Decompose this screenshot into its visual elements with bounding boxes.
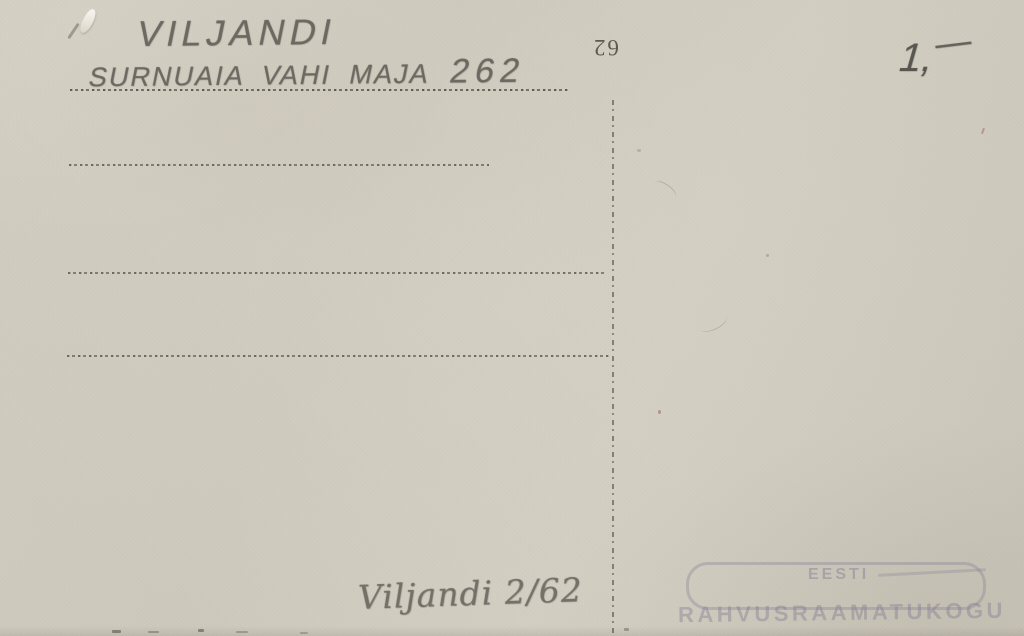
paper-speck xyxy=(637,149,641,152)
postcard-back: VILJANDI SURNUAIA VAHI MAJA262 62 1,— Vi… xyxy=(0,0,1024,636)
handwritten-address-text: SURNUAIA VAHI MAJA xyxy=(86,59,433,93)
paper-speck xyxy=(112,630,121,633)
paper-speck xyxy=(148,631,159,633)
paper-scratch-chip xyxy=(77,7,98,35)
stamp-text-eesti: EESTI xyxy=(808,566,869,584)
paper-fiber-2 xyxy=(696,310,729,335)
paper-texture xyxy=(0,0,1024,636)
paper-fleck-red xyxy=(981,128,985,134)
bottom-caption: Viljandi 2/62 xyxy=(357,570,583,617)
price-mark: 1,— xyxy=(900,36,969,81)
price-mark-digit: 1, xyxy=(894,36,940,81)
stamp-smudge xyxy=(878,568,986,577)
pencil-smudge-mark xyxy=(67,23,80,40)
address-rule-1 xyxy=(69,164,489,166)
library-stamp: EESTI RAHVUSRAAMATUKOGU xyxy=(682,556,1017,636)
address-rule-3 xyxy=(67,355,610,357)
paper-fiber-1 xyxy=(651,178,679,203)
stamp-border xyxy=(686,562,986,610)
print-code-upside-down: 62 xyxy=(592,34,619,60)
divider-rule xyxy=(612,100,614,636)
price-mark-dash: — xyxy=(933,19,974,65)
paper-speck xyxy=(766,254,769,257)
handwritten-address-number: 262 xyxy=(447,52,530,91)
paper-speck xyxy=(624,628,629,631)
handwritten-title: VILJANDI xyxy=(134,11,341,55)
paper-speck xyxy=(236,631,248,633)
paper-fleck-red xyxy=(658,410,661,414)
stamp-text-rahvusraamatukogu: RAHVUSRAAMATUKOGU xyxy=(678,598,1006,629)
address-rule-2 xyxy=(68,272,606,274)
paper-speck xyxy=(198,629,204,632)
paper-speck xyxy=(300,632,308,634)
address-underline-rule xyxy=(70,89,570,91)
